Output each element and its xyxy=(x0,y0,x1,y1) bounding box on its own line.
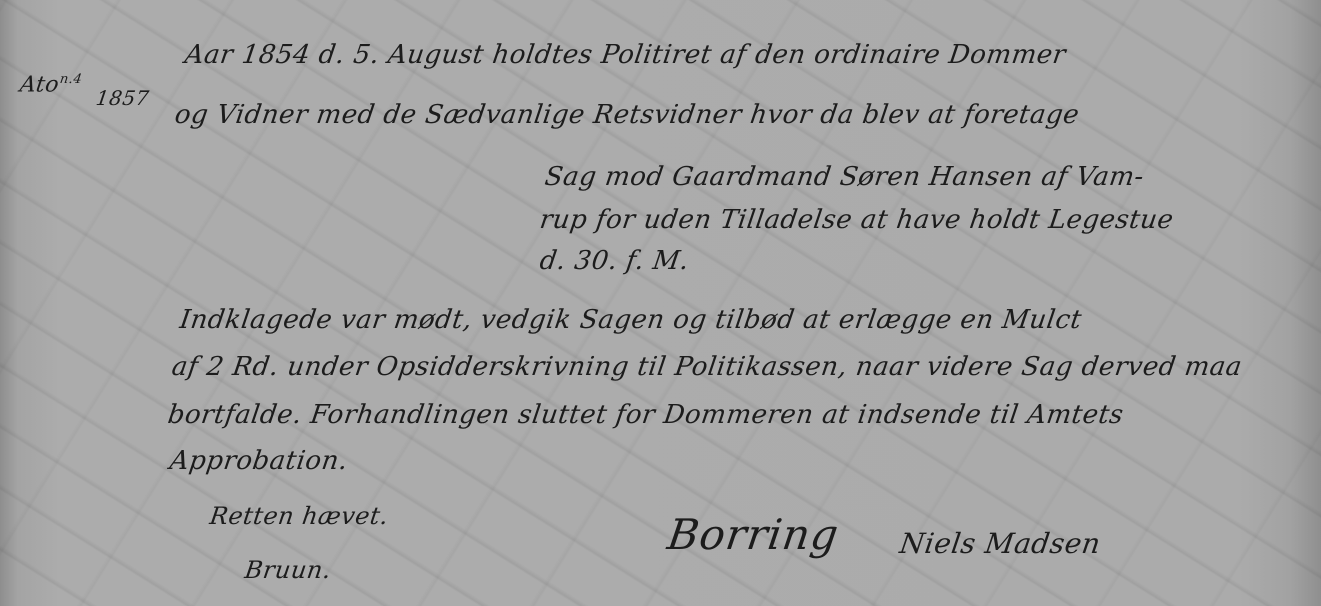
signature-judge: Borring xyxy=(665,510,843,559)
margin-note: Aton.4 1857 xyxy=(18,72,83,97)
text-line-3: Sag mod Gaardmand Søren Hansen af Vam- xyxy=(543,162,1146,192)
text-line-4: rup for uden Tilladelse at have holdt Le… xyxy=(538,205,1176,235)
text-line-9: Approbation. xyxy=(168,446,350,476)
text-line-1: Aar 1854 d. 5. August holdtes Politiret … xyxy=(183,40,1068,70)
text-line-5: d. 30. f. M. xyxy=(538,246,691,276)
margin-note-year: 1857 xyxy=(94,86,150,110)
scanned-document-page: Aton.4 1857 Aar 1854 d. 5. August holdte… xyxy=(0,0,1321,606)
text-line-7: af 2 Rd. under Opsidderskrivning til Pol… xyxy=(170,352,1244,382)
text-line-2: og Vidner med de Sædvanlige Retsvidner h… xyxy=(173,100,1081,130)
signature-witness: Bruun. xyxy=(243,556,333,584)
text-line-6: Indklagede var mødt, vedgik Sagen og til… xyxy=(178,305,1084,335)
signature-read-approved: Retten hævet. xyxy=(208,502,390,530)
text-line-8: bortfalde. Forhandlingen sluttet for Dom… xyxy=(166,400,1126,430)
signature-party: Niels Madsen xyxy=(898,527,1103,560)
margin-note-label: Ato xyxy=(18,72,61,97)
margin-note-superscript: n.4 xyxy=(59,72,83,87)
